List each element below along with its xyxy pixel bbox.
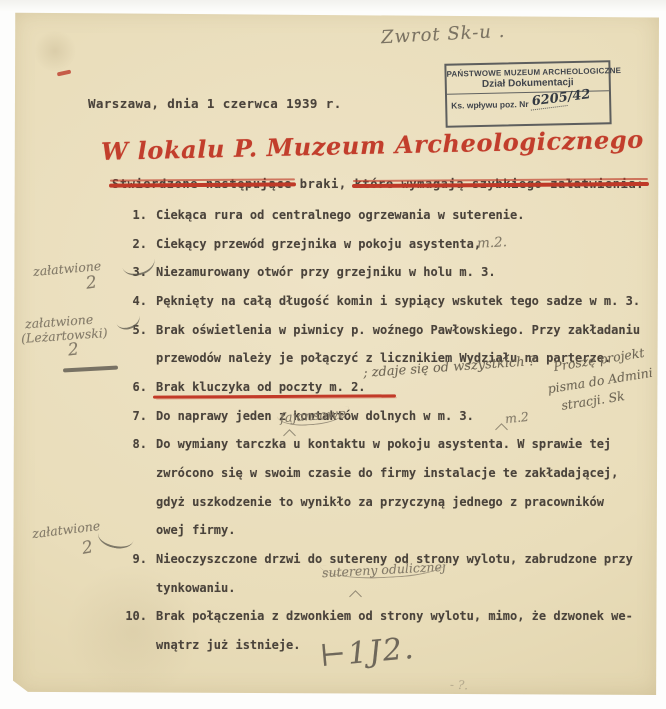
stamp-entry-row: Ks. wpływu poz. Nr 6205/42 xyxy=(447,90,609,116)
stamp-entry-number: 6205/42 xyxy=(529,90,568,111)
item8-insert-room: m.2 xyxy=(504,409,529,426)
item-line: Brak kluczyka od poczty m. 2. xyxy=(156,373,366,402)
pencil-dash-item6 xyxy=(63,366,118,372)
signature-paraph: ⊢1J2. xyxy=(319,631,417,674)
dateline: Warszawa, dnia 1 czerwca 1939 r. xyxy=(88,96,342,111)
item-line: Ciekący przewód grzejnika w pokoju asyst… xyxy=(156,230,481,259)
item-line: wnątrz już istnieje. xyxy=(156,631,301,660)
item-line: Brak połączenia z dzwonkiem od strony wy… xyxy=(156,602,633,631)
item-number: 8. xyxy=(114,430,147,545)
list-item: 2.Ciekący przewód grzejnika w pokoju asy… xyxy=(114,230,659,259)
pencil-note-return: Zwrot Sk-u . xyxy=(381,21,506,48)
defect-list: 1.Ciekąca rura od centralnego ogrzewania… xyxy=(114,201,659,660)
bottom-edge-mark: - ?. xyxy=(450,678,469,693)
kept-text: braki, xyxy=(292,177,355,191)
item-number: 4. xyxy=(114,287,147,316)
stamp-entry-label: Ks. wpływu poz. Nr xyxy=(451,99,529,111)
list-item: 1.Ciekąca rura od centralnego ogrzewania… xyxy=(114,201,659,230)
list-item: 8.Do wymiany tarczka u kontaktu w pokoju… xyxy=(114,430,659,545)
item-line: Niezamurowany otwór przy grzejniku w hol… xyxy=(156,258,496,287)
item-number: 6. xyxy=(114,373,147,402)
struck-text-end: które wymagają szybkiego załatwienia: xyxy=(355,177,645,191)
item-number: 9. xyxy=(114,545,147,602)
margin-mark-item9: 2 xyxy=(80,537,94,559)
item-line: owej firmy. xyxy=(156,516,235,545)
list-item: 3.Niezamurowany otwór przy grzejniku w h… xyxy=(114,258,659,287)
item-number: 1. xyxy=(114,201,147,230)
item-number: 2. xyxy=(114,230,147,259)
item2-room-annotation: m.2. xyxy=(477,234,508,252)
document-paper: Zwrot Sk-u . PAŃSTWOWE MUZEUM ARCHEOLOGI… xyxy=(13,11,659,695)
item-line: gdyż uszkodzenie to wynikło za przyczyną… xyxy=(156,488,604,517)
item-line: tynkowaniu. xyxy=(156,574,235,603)
item-line: Brak oświetlenia w piwnicy p. woźnego Pa… xyxy=(156,316,640,345)
item-line: Ciekąca rura od centralnego ogrzewania w… xyxy=(156,201,524,230)
red-dash-mark xyxy=(57,70,71,76)
intro-line: Stwierdzone następujące braki, które wym… xyxy=(112,177,644,191)
item-line: Pęknięty na całą długość komin i sypiący… xyxy=(156,287,640,316)
struck-text-start: Stwierdzone następujące xyxy=(112,177,292,191)
margin-mark-item5: 2 xyxy=(67,339,80,360)
list-item: 4.Pęknięty na całą długość komin i sypią… xyxy=(114,287,659,316)
item-number: 7. xyxy=(114,402,147,431)
archive-stamp: PAŃSTWOWE MUZEUM ARCHEOLOGICZNE Dział Do… xyxy=(444,60,611,127)
red-handwritten-heading: W lokalu P. Muzeum Archeologicznego xyxy=(101,125,622,166)
margin-mark-item3: 2 xyxy=(85,272,99,293)
item-line: Do wymiany tarczka u kontaktu w pokoju a… xyxy=(156,430,611,459)
item-number: 10. xyxy=(114,602,147,659)
item-line: zwrócono się w swoim czasie do firmy ins… xyxy=(156,459,618,488)
